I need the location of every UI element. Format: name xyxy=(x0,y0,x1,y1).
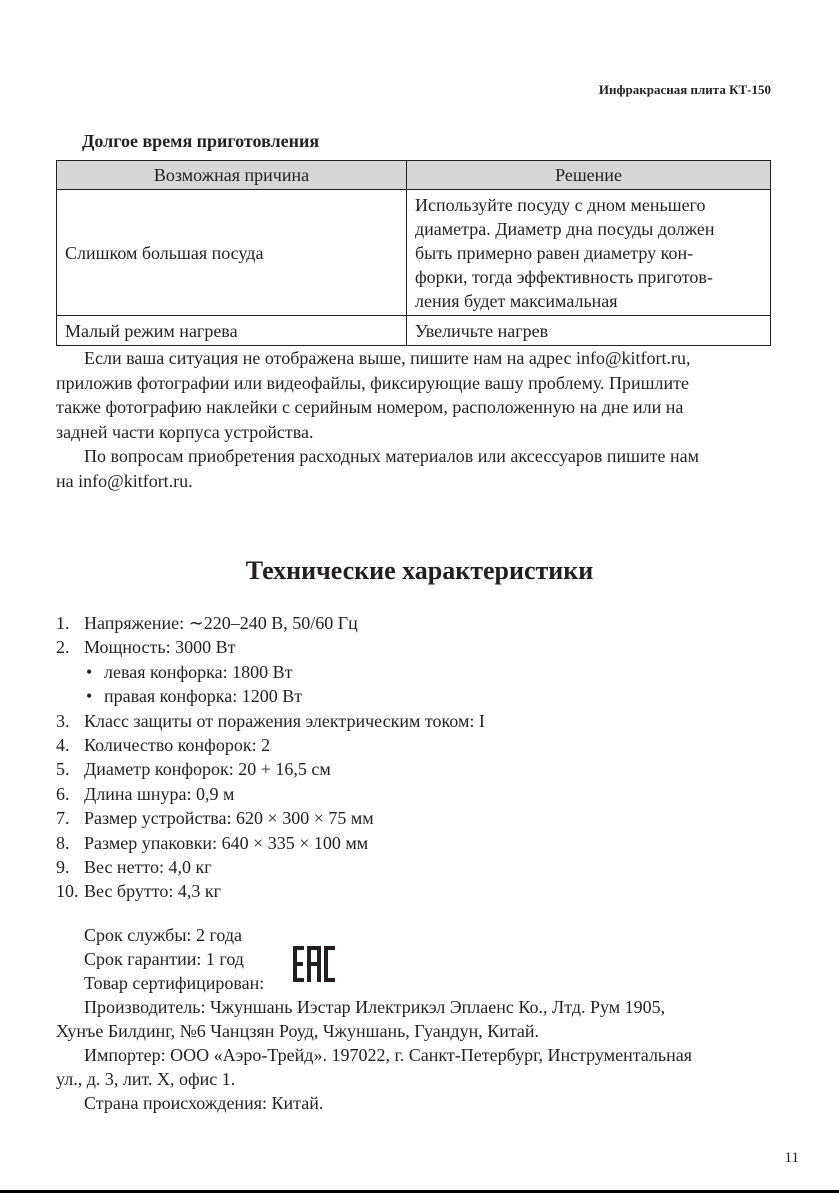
solution-line: Увеличьте нагрев xyxy=(415,319,762,343)
column-header-solution: Решение xyxy=(407,161,771,190)
column-header-cause: Возможная причина xyxy=(57,161,407,190)
paragraph-line: на info@kitfort.ru. xyxy=(56,469,771,494)
spec-item: 5.Диаметр конфорок: 20 + 16,5 см xyxy=(56,757,485,781)
spec-item: 7.Размер устройства: 620 × 300 × 75 мм xyxy=(56,806,485,830)
paragraph-line: приложив фотографии или видеофайлы, фикс… xyxy=(56,371,771,396)
manufacturer-line-1: Производитель: Чжуншань Иэстар Илектрикэ… xyxy=(84,995,665,1019)
solution-cell: Увеличьте нагрев xyxy=(407,316,771,346)
spec-item: 2.Мощность: 3000 Вт xyxy=(56,635,485,659)
spec-item: 9.Вес нетто: 4,0 кг xyxy=(56,855,485,879)
troubleshooting-table: Возможная причина Решение Слишком больша… xyxy=(56,160,771,346)
solution-line: диаметра. Диаметр дна посуды должен xyxy=(415,217,762,241)
solution-cell: Используйте посуду с дном меньшего диаме… xyxy=(407,190,771,316)
country-of-origin: Страна происхождения: Китай. xyxy=(84,1091,323,1115)
spec-item: 8.Размер упаковки: 640 × 335 × 100 мм xyxy=(56,831,485,855)
spec-subitem: •левая конфорка: 1800 Вт xyxy=(56,660,485,684)
document-page: Инфракрасная плита КТ-150 Долгое время п… xyxy=(0,0,839,1193)
bullet-icon: • xyxy=(86,684,92,708)
cause-cell: Малый режим нагрева xyxy=(57,316,407,346)
spec-item: 10.Вес брутто: 4,3 кг xyxy=(56,879,485,903)
spec-item: 3.Класс защиты от поражения электрически… xyxy=(56,709,485,733)
page-number: 11 xyxy=(785,1150,799,1167)
specs-list: 1.Напряжение: ∼220–240 В, 50/60 Гц 2.Мощ… xyxy=(56,611,485,904)
solution-line: форки, тогда эффективность приготов- xyxy=(415,265,762,289)
importer-line-1: Импортер: ООО «Аэро-Трейд». 197022, г. С… xyxy=(84,1043,692,1067)
running-header: Инфракрасная плита КТ-150 xyxy=(599,82,771,98)
certification-line: Товар сертифицирован: xyxy=(84,971,264,995)
solution-line: Используйте посуду с дном меньшего xyxy=(415,193,762,217)
troubleshooting-heading: Долгое время приготовления xyxy=(82,131,319,152)
solution-line: быть примерно равен диаметру кон- xyxy=(415,241,762,265)
accessories-paragraph: По вопросам приобретения расходных матер… xyxy=(56,444,771,493)
warranty: Срок гарантии: 1 год xyxy=(84,947,244,971)
paragraph-line: По вопросам приобретения расходных матер… xyxy=(56,444,771,469)
paragraph-line: Если ваша ситуация не отображена выше, п… xyxy=(56,346,771,371)
specs-title: Технические характеристики xyxy=(0,556,839,586)
solution-line: ления будет максимальная xyxy=(415,289,762,313)
eac-mark-icon xyxy=(292,944,336,989)
table-row: Малый режим нагрева Увеличьте нагрев xyxy=(57,316,771,346)
cause-cell: Слишком большая посуда xyxy=(57,190,407,316)
spec-item: 6.Длина шнура: 0,9 м xyxy=(56,782,485,806)
paragraph-line: задней части корпуса устройства. xyxy=(56,420,771,445)
paragraph-line: также фотографию наклейки с серийным ном… xyxy=(56,395,771,420)
bullet-icon: • xyxy=(86,660,92,684)
spec-item: 4.Количество конфорок: 2 xyxy=(56,733,485,757)
service-life: Срок службы: 2 года xyxy=(84,923,242,947)
table-header-row: Возможная причина Решение xyxy=(57,161,771,190)
manufacturer-line-2: Хунъе Билдинг, №6 Чанцзян Роуд, Чжуншань… xyxy=(56,1019,539,1043)
certified-label: Товар сертифицирован: xyxy=(84,973,264,993)
spec-item: 1.Напряжение: ∼220–240 В, 50/60 Гц xyxy=(56,611,485,635)
importer-line-2: ул., д. 3, лит. Х, офис 1. xyxy=(56,1067,235,1091)
table-row: Слишком большая посуда Используйте посуд… xyxy=(57,190,771,316)
spec-subitem: •правая конфорка: 1200 Вт xyxy=(56,684,485,708)
contact-paragraph: Если ваша ситуация не отображена выше, п… xyxy=(56,346,771,444)
